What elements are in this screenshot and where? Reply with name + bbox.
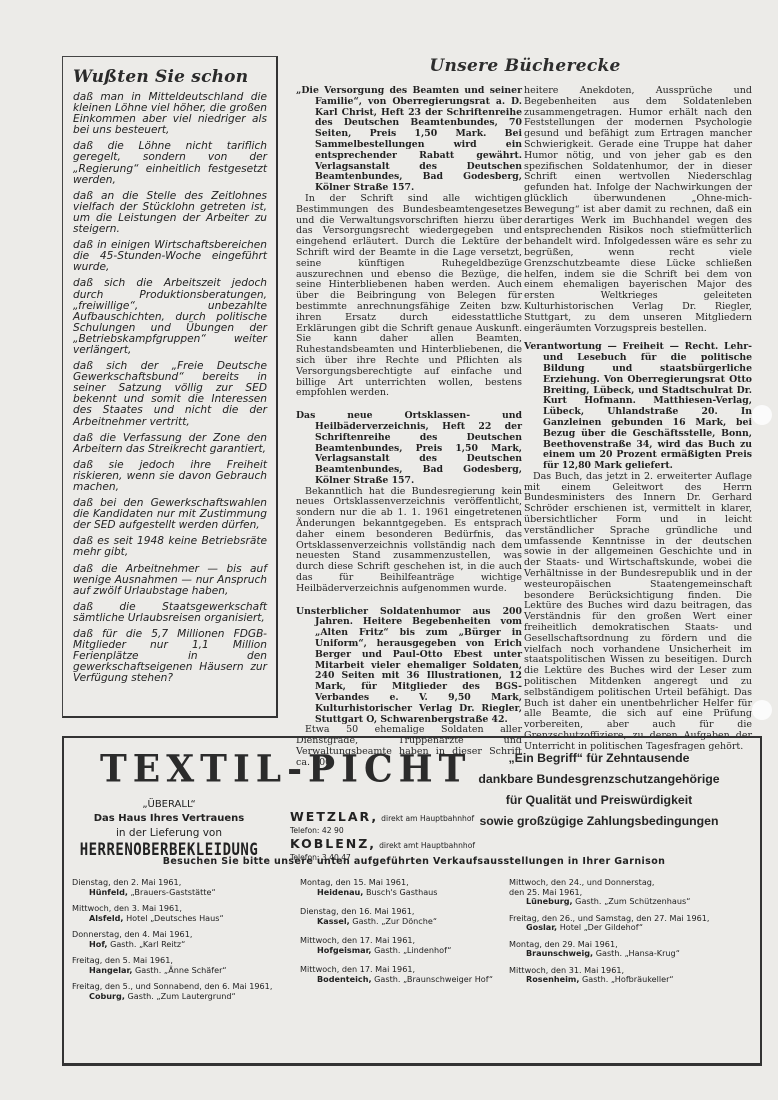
slogan-line: „ÜBERALL“: [64, 798, 274, 812]
venue-item: Freitag, den 26., und Samstag, den 27. M…: [509, 914, 709, 933]
ad-visit-line: Besuchen Sie bitte unsere unten aufgefüh…: [64, 856, 764, 867]
did-you-know-box: Wußten Sie schon daß man in Mitteldeutsc…: [62, 56, 278, 718]
book-entry-body-continued: heitere Anekdoten, Aussprüche und Begebe…: [524, 86, 752, 334]
venue-town: Kassel,: [317, 916, 350, 926]
venue-item: Dienstag, den 2. Mai 1961, Hünfeld, „Bra…: [72, 878, 272, 897]
fact-item: daß die Löhne nicht tariflich geregelt, …: [73, 141, 267, 185]
fact-item: daß sich die Arbeitszeit jedoch durch Pr…: [73, 278, 267, 356]
ad-claim: „Ein Begriff“ für Zehntausende dankbare …: [474, 748, 724, 832]
venue-item: Mittwoch, den 3. Mai 1961, Alsfeld, Hote…: [72, 904, 272, 923]
venue-item: Freitag, den 5. Mai 1961, Hangelar, Gast…: [72, 956, 272, 975]
fact-item: daß bei den Gewerkschaftswahlen die Kand…: [73, 498, 267, 531]
book-entry-heading: „Die Versorgung des Beamten und seiner F…: [296, 86, 522, 194]
venue-column-1: Dienstag, den 2. Mai 1961, Hünfeld, „Bra…: [72, 878, 272, 1008]
location-city: KOBLENZ,: [290, 836, 376, 851]
venue-town: Bodenteich,: [317, 974, 372, 984]
venue-town: Hünfeld,: [89, 887, 128, 897]
venue-item: Montag, den 15. Mai 1961, Heidenau, Busc…: [300, 878, 493, 897]
venue-place: Hotel „Der Gildehof“: [560, 922, 643, 932]
fact-item: daß sich der „Freie Deutsche Gewerkschaf…: [73, 361, 267, 428]
venue-item: Mittwoch, den 31. Mai 1961, Rosenheim, G…: [509, 966, 709, 985]
venue-place: Busch's Gasthaus: [366, 887, 438, 897]
punch-hole: [752, 405, 772, 425]
venue-place: „Brauers-Gaststätte“: [131, 887, 216, 897]
book-entry-body: In der Schrift sind alle wichtigen Besti…: [296, 194, 522, 399]
fact-item: daß es seit 1948 keine Betriebsräte mehr…: [73, 536, 267, 558]
venue-place: Gasth. „Hansa-Krug“: [596, 948, 680, 958]
claim-line: sowie großzügige Zahlungsbedingungen: [474, 811, 724, 832]
newspaper-page: Wußten Sie schon daß man in Mitteldeutsc…: [0, 0, 778, 1100]
location-direction: direkt am Hauptbahnhof: [381, 814, 474, 823]
venue-place: Gasth. „Zum Schützenhaus“: [575, 896, 690, 906]
venue-item: Montag, den 29. Mai 1961, Braunschweig, …: [509, 940, 709, 959]
textil-picht-advertisement: TEXTIL-PICHT „ÜBERALL“ Das Haus Ihres Ve…: [62, 736, 762, 1066]
venue-town: Goslar,: [526, 922, 557, 932]
venue-place: Gasth. „Braunschweiger Hof“: [374, 974, 493, 984]
fact-item: daß die Staatsgewerkschaft sämtliche Url…: [73, 602, 267, 624]
book-entry-heading: Unsterblicher Soldatenhumor aus 200 Jahr…: [296, 607, 522, 726]
venue-column-2: Montag, den 15. Mai 1961, Heidenau, Busc…: [300, 878, 493, 994]
book-entry-heading: Das neue Ortsklassen- und Heilbäderverze…: [296, 411, 522, 487]
venue-town: Alsfeld,: [89, 913, 124, 923]
fact-item: daß sie jedoch ihre Freiheit riskieren, …: [73, 460, 267, 493]
venue-place: Gasth. „Hofbräukeller“: [582, 974, 674, 984]
slogan-line: Das Haus Ihres Vertrauens: [64, 812, 274, 826]
venue-item: Mittwoch, den 24., und Donnerstag, den 2…: [509, 878, 709, 907]
fact-item: daß die Arbeitnehmer — bis auf wenige Au…: [73, 564, 267, 597]
venue-item: Mittwoch, den 17. Mai 1961, Hofgeismar, …: [300, 936, 493, 955]
location-direction: direkt amt Hauptbahnhof: [379, 841, 475, 850]
venue-town: Rosenheim,: [526, 974, 579, 984]
venue-place: Gasth. „Zur Dönche“: [352, 916, 437, 926]
fact-item: daß man in Mitteldeutschland die kleinen…: [73, 92, 267, 136]
claim-line: für Qualität und Preiswürdigkeit: [474, 790, 724, 811]
book-column-right: heitere Anekdoten, Aussprüche und Begebe…: [524, 86, 752, 753]
ad-logo: TEXTIL-PICHT: [100, 747, 471, 791]
venue-town: Coburg,: [89, 991, 125, 1001]
punch-hole: [752, 700, 772, 720]
venue-item: Freitag, den 5., und Sonnabend, den 6. M…: [72, 982, 272, 1001]
venue-town: Lüneburg,: [526, 896, 573, 906]
book-corner-title: Unsere Bücherecke: [290, 56, 760, 76]
location-city: WETZLAR,: [290, 809, 378, 824]
venue-item: Dienstag, den 16. Mai 1961, Kassel, Gast…: [300, 907, 493, 926]
venue-town: Hangelar,: [89, 965, 132, 975]
location-wetzlar: WETZLAR,direkt am Hauptbahnhof Telefon: …: [290, 806, 474, 835]
book-column-middle: „Die Versorgung des Beamten und seiner F…: [296, 86, 522, 769]
did-you-know-title: Wußten Sie schon: [73, 67, 267, 87]
venue-date: Mittwoch, den 24., und Donnerstag, den 2…: [509, 878, 659, 897]
venue-column-3: Mittwoch, den 24., und Donnerstag, den 2…: [509, 878, 709, 992]
fact-item: daß für die 5,7 Millionen FDGB-Mitgliede…: [73, 629, 267, 684]
venue-town: Hofgeismar,: [317, 945, 372, 955]
venue-town: Hof,: [89, 939, 108, 949]
venue-town: Braunschweig,: [526, 948, 593, 958]
fact-item: daß die Verfassung der Zone den Arbeiter…: [73, 433, 267, 455]
venue-item: Mittwoch, den 17. Mai 1961, Bodenteich, …: [300, 965, 493, 984]
book-entry-body: Das Buch, das jetzt in 2. erweiterter Au…: [524, 472, 752, 753]
claim-line: „Ein Begriff“ für Zehntausende: [474, 748, 724, 769]
venue-place: Gasth. „Zum Lautergrund“: [128, 991, 236, 1001]
venue-place: Gasth. „Lindenhof“: [374, 945, 451, 955]
ad-slogan: „ÜBERALL“ Das Haus Ihres Vertrauens in d…: [64, 798, 274, 859]
book-entry-body: Bekanntlich hat die Bundesregierung kein…: [296, 487, 522, 595]
fact-item: daß in einigen Wirtschaftsbereichen die …: [73, 240, 267, 273]
venue-place: Gasth. „Änne Schäfer“: [135, 965, 227, 975]
venue-item: Donnerstag, den 4. Mai 1961, Hof, Gasth.…: [72, 930, 272, 949]
venue-town: Heidenau,: [317, 887, 363, 897]
fact-item: daß an die Stelle des Zeitlohnes vielfac…: [73, 191, 267, 235]
venue-place: Hotel „Deutsches Haus“: [126, 913, 224, 923]
venue-place: Gasth. „Karl Reitz“: [110, 939, 185, 949]
book-entry-heading: Verantwortung — Freiheit — Recht. Lehr- …: [524, 342, 752, 472]
claim-line: dankbare Bundesgrenzschutzangehörige: [474, 769, 724, 790]
